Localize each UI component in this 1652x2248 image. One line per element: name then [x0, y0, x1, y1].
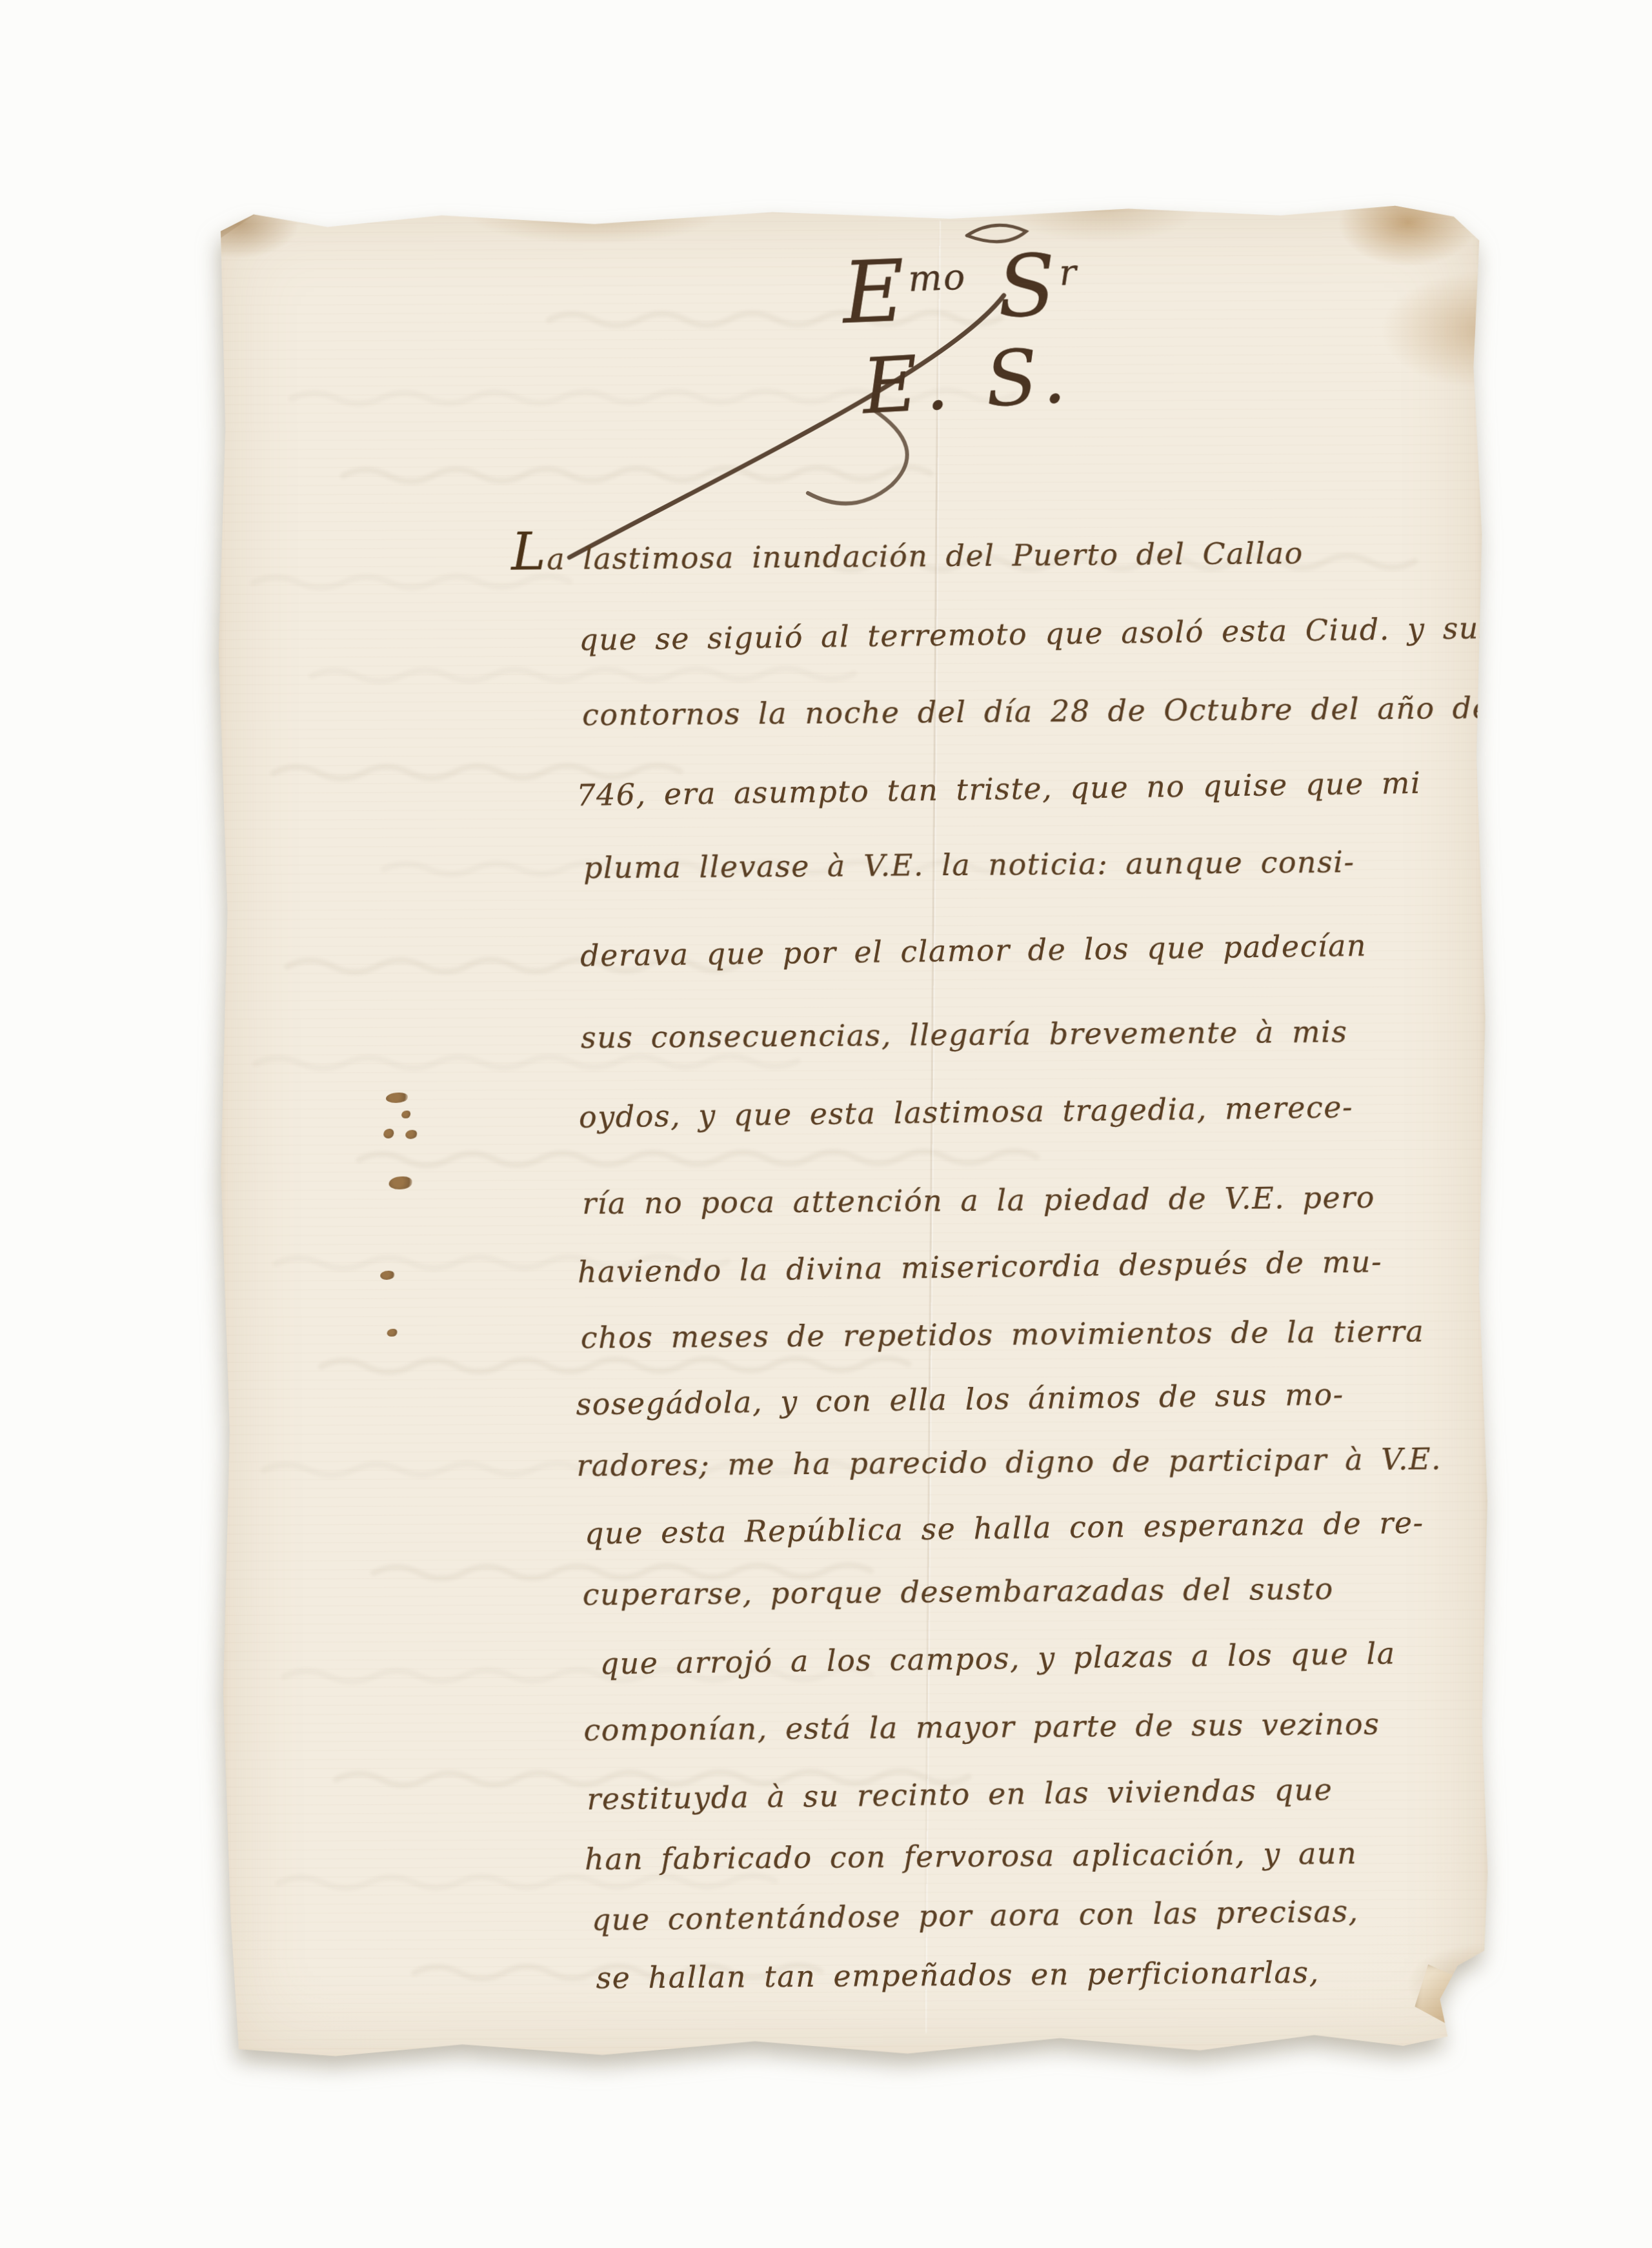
manuscript-sheet: Emo Sr E. S. La lastimosa inundación del… — [213, 199, 1493, 2064]
manuscript-line: derava que por el clamor de los que pade… — [580, 928, 1367, 973]
manuscript-line: que contentándose por aora con las preci… — [592, 1894, 1359, 1937]
manuscript-line: sus consecuencias, llegaría brevemente à… — [581, 1014, 1348, 1055]
manuscript-line: se hallan tan empeñados en perficionarla… — [596, 1955, 1320, 1996]
manuscript-line: han fabricado con fervorosa aplicación, … — [585, 1836, 1358, 1876]
letter-body: La lastimosa inundación del Puerto del C… — [213, 196, 1499, 2064]
manuscript-line: oydos, y que esta lastimosa tragedia, me… — [579, 1089, 1354, 1135]
photo-background: { "doc": { "kind": "18th-century Spanish… — [0, 0, 1652, 2248]
manuscript-line: restituyda à su recinto en las viviendas… — [587, 1772, 1333, 1816]
manuscript-line: sosegádola, y con ella los ánimos de sus… — [576, 1377, 1344, 1422]
manuscript-line: La lastimosa inundación del Puerto del C… — [511, 525, 1304, 577]
manuscript-line: que arrojó a los campos, y plazas a los … — [599, 1635, 1395, 1681]
manuscript-line: cuperarse, porque desembarazadas del sus… — [583, 1571, 1334, 1612]
manuscript-line: que esta República se halla con esperanz… — [585, 1505, 1424, 1551]
paper-surface: Emo Sr E. S. La lastimosa inundación del… — [213, 199, 1493, 2064]
manuscript-line: que se siguió al terremoto que asoló est… — [579, 611, 1495, 658]
manuscript-line: ría no poca attención a la piedad de V.E… — [582, 1180, 1375, 1221]
manuscript-line: pluma llevase à V.E. la noticia: aunque … — [583, 844, 1355, 885]
manuscript-line: radores; me ha parecido digno de partici… — [576, 1441, 1442, 1483]
manuscript-line: chos meses de repetidos movimientos de l… — [581, 1313, 1425, 1355]
manuscript-line: 746, era asumpto tan triste, que no quis… — [576, 765, 1422, 813]
manuscript-line: contornos la noche del día 28 de Octubre… — [582, 690, 1491, 732]
manuscript-line: componían, está la mayor parte de sus ve… — [583, 1706, 1380, 1748]
manuscript-line: haviendo la divina misericordia después … — [578, 1244, 1383, 1290]
